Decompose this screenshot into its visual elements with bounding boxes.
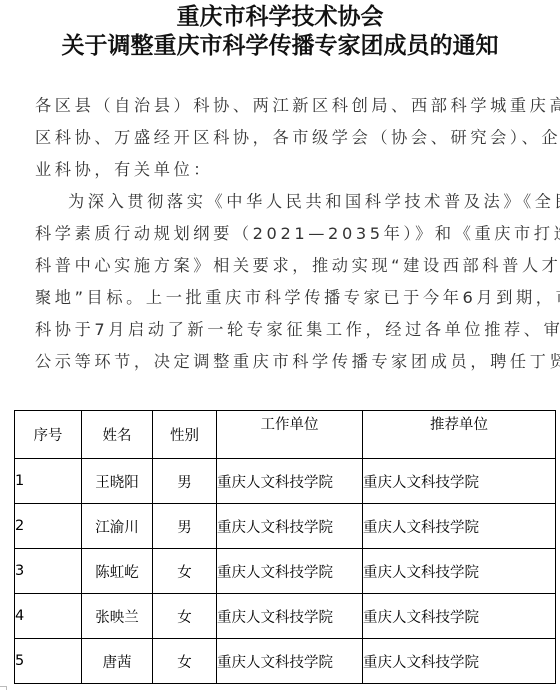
cell-work-unit: 重庆人文科技学院 — [217, 504, 363, 549]
header-recommending-unit: 推荐单位 — [363, 411, 556, 459]
table-row: 5 唐茜 女 重庆人文科技学院 重庆人文科技学院 — [15, 639, 556, 684]
cell-recommending-unit: 重庆人文科技学院 — [363, 504, 556, 549]
cell-gender: 女 — [153, 549, 217, 594]
cell-work-unit: 重庆人文科技学院 — [217, 594, 363, 639]
text-line: 业科协，有关单位： — [35, 154, 539, 186]
page-corner-mark — [0, 686, 7, 690]
cell-name: 唐茜 — [82, 639, 153, 684]
cell-work-unit: 重庆人文科技学院 — [217, 459, 363, 504]
table-row: 1 王晓阳 男 重庆人文科技学院 重庆人文科技学院 — [15, 459, 556, 504]
table-row: 2 江渝川 男 重庆人文科技学院 重庆人文科技学院 — [15, 504, 556, 549]
expert-members-table: 序号 姓名 性别 工作单位 推荐单位 1 王晓阳 男 重庆人文科技学院 重庆人文… — [14, 410, 556, 684]
cell-gender: 女 — [153, 594, 217, 639]
paragraph-addressees: 各区县（自治县）科协、两江新区科创局、西部科学城重庆高新 区科协、万盛经开区科协… — [35, 90, 539, 186]
cell-gender: 女 — [153, 639, 217, 684]
text-line: 公示等环节，决定调整重庆市科学传播专家团成员，聘任丁贤彬 — [35, 346, 539, 378]
cell-gender: 男 — [153, 459, 217, 504]
text-line: 区科协、万盛经开区科协，各市级学会（协会、研究会）、企事 — [35, 122, 539, 154]
text-line: 各区县（自治县）科协、两江新区科创局、西部科学城重庆高新 — [35, 90, 539, 122]
cell-gender: 男 — [153, 504, 217, 549]
cell-work-unit: 重庆人文科技学院 — [217, 639, 363, 684]
cell-recommending-unit: 重庆人文科技学院 — [363, 459, 556, 504]
text-line: 科普中心实施方案》相关要求，推动实现“建设西部科普人才集 — [35, 250, 539, 282]
cell-name: 张映兰 — [82, 594, 153, 639]
paragraph-notice-body: 为深入贯彻落实《中华人民共和国科学技术普及法》《全民 科学素质行动规划纲要（20… — [35, 186, 539, 378]
text-line: 科协于7月启动了新一轮专家征集工作，经过各单位推荐、审查、 — [35, 314, 539, 346]
header-name: 姓名 — [82, 411, 153, 459]
table-row: 4 张映兰 女 重庆人文科技学院 重庆人文科技学院 — [15, 594, 556, 639]
text-line: 聚地”目标。上一批重庆市科学传播专家已于今年6月到期，市 — [35, 282, 539, 314]
text-line: 为深入贯彻落实《中华人民共和国科学技术普及法》《全民 — [35, 186, 539, 218]
table-header-row: 序号 姓名 性别 工作单位 推荐单位 — [15, 411, 556, 459]
cell-recommending-unit: 重庆人文科技学院 — [363, 594, 556, 639]
cell-name: 王晓阳 — [82, 459, 153, 504]
cell-work-unit: 重庆人文科技学院 — [217, 549, 363, 594]
cell-recommending-unit: 重庆人文科技学院 — [363, 639, 556, 684]
table-row: 3 陈虹屹 女 重庆人文科技学院 重庆人文科技学院 — [15, 549, 556, 594]
cell-no: 5 — [15, 639, 82, 684]
document-title-notice: 关于调整重庆市科学传播专家团成员的通知 — [0, 32, 560, 60]
cell-no: 4 — [15, 594, 82, 639]
cell-name: 江渝川 — [82, 504, 153, 549]
header-gender: 性别 — [153, 411, 217, 459]
cell-no: 3 — [15, 549, 82, 594]
cell-name: 陈虹屹 — [82, 549, 153, 594]
header-work-unit: 工作单位 — [217, 411, 363, 459]
header-no: 序号 — [15, 411, 82, 459]
text-line: 科学素质行动规划纲要（2021—2035年）》和《重庆市打造西部 — [35, 218, 539, 250]
cell-recommending-unit: 重庆人文科技学院 — [363, 549, 556, 594]
cell-no: 2 — [15, 504, 82, 549]
cell-no: 1 — [15, 459, 82, 504]
document-title-organization: 重庆市科学技术协会 — [0, 3, 560, 31]
